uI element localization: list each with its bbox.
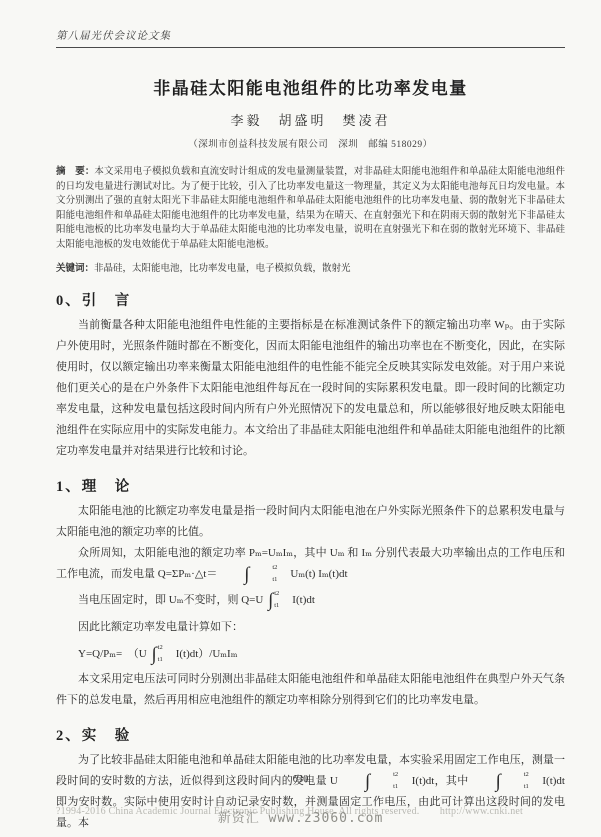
integral-upper-limit: t2 — [250, 565, 277, 572]
theory-paragraph-1: 太阳能电池的比额定功率发电量是指一段时间内太阳能电池在户外实际光照条件下的总累积… — [56, 501, 565, 543]
watermark-text: 新资汇 www.z3060.com — [0, 807, 601, 826]
page-number: 630 — [0, 774, 601, 785]
keywords-label: 关键词： — [56, 264, 94, 274]
calc-intro-line: 因此比额定功率发电量计算如下： — [78, 615, 565, 639]
header-rule — [56, 47, 565, 48]
integral-lower-limit: t1 — [274, 603, 279, 610]
integral-lower-limit: t1 — [158, 657, 163, 664]
keywords-text: 非晶硅，太阳能电池，比功率发电量，电子模拟负载，散射光 — [94, 264, 351, 274]
integral-lower-limit: t1 — [502, 784, 529, 791]
intro-paragraph: 当前衡量各种太阳能电池组件电性能的主要指标是在标准测试条件下的额定输出功率 Wₚ… — [56, 315, 565, 462]
theory-paragraph-3: 本文采用定电压法可同时分别测出非晶硅太阳能电池组件和单晶硅太阳能电池组件在典型户… — [56, 669, 565, 711]
integral-symbol: ∫t2t1 — [222, 565, 277, 584]
section-heading-intro: 0、引 言 — [56, 289, 565, 310]
section-heading-theory: 1、理 论 — [56, 475, 565, 496]
integral-symbol: ∫t2t1 — [268, 591, 279, 610]
integral-sign-icon: ∫ — [151, 645, 156, 664]
integral-lower-limit: t1 — [371, 784, 398, 791]
abstract-label: 摘 要： — [56, 167, 94, 177]
integral-sign-icon: ∫ — [268, 591, 273, 610]
integral-limits: t2t1 — [250, 565, 277, 584]
theory-paragraph-2-tail: Uₘ(t) Iₘ(t)dt — [279, 568, 347, 580]
journal-header: 第八届光伏会议论文集 — [56, 28, 565, 43]
fixed-voltage-text: 当电压固定时，即 Uₘ不变时，则 Q=U — [78, 594, 266, 606]
theory-paragraph-2: 众所周知，太阳能电池的额定功率 Pₘ=UₘIₘ，其中 Uₘ 和 Iₘ 分别代表最… — [56, 543, 565, 585]
affiliation-line: （深圳市创益科技发展有限公司 深圳 邮编 518029） — [56, 136, 565, 150]
main-formula-tail: I(t)dt）/UₘIₘ — [165, 648, 238, 660]
scanned-paper-page: 第八届光伏会议论文集 非晶硅太阳能电池组件的比功率发电量 李毅 胡盛明 樊凌君 … — [0, 0, 601, 837]
integral-limits: t2t1 — [158, 645, 163, 664]
section-heading-experiment: 2、实 验 — [56, 724, 565, 745]
integral-upper-limit: t2 — [158, 645, 163, 652]
integral-upper-limit: t2 — [274, 591, 279, 598]
keywords-line: 关键词：非晶硅，太阳能电池，比功率发电量，电子模拟负载，散射光 — [56, 262, 565, 277]
fixed-voltage-tail: I(t)dt — [281, 594, 315, 606]
abstract-paragraph: 摘 要：本文采用电子模拟负载和直流安时计组成的发电量测量装置，对非晶硅太阳能电池… — [56, 165, 565, 252]
integral-lower-limit: t1 — [250, 577, 277, 584]
integral-limits: t2t1 — [274, 591, 279, 610]
page-title: 非晶硅太阳能电池组件的比功率发电量 — [56, 74, 565, 99]
main-formula-pre: Y=Q/Pₘ= （U — [78, 648, 149, 660]
fixed-voltage-line: 当电压固定时，即 Uₘ不变时，则 Q=U ∫t2t1 I(t)dt — [78, 588, 565, 612]
integral-sign-icon: ∫ — [222, 565, 249, 584]
abstract-text: 本文采用电子模拟负载和直流安时计组成的发电量测量装置，对非晶硅太阳能电池组件和单… — [56, 167, 565, 250]
authors-line: 李毅 胡盛明 樊凌君 — [56, 110, 565, 129]
integral-symbol: ∫t2t1 — [151, 645, 162, 664]
main-formula-line: Y=Q/Pₘ= （U ∫t2t1 I(t)dt）/UₘIₘ — [78, 642, 565, 666]
